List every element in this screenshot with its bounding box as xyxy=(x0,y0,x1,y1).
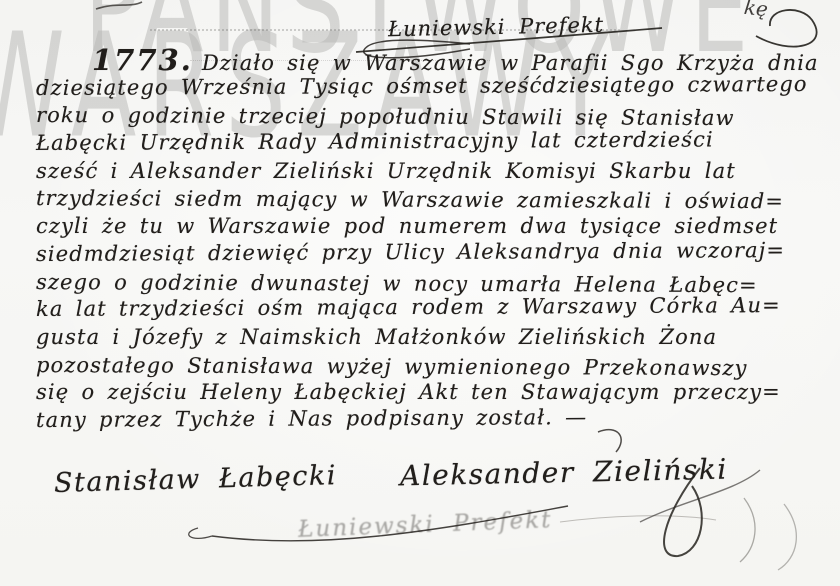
manuscript-line: sześć i Aleksander Zieliński Urzędnik Ko… xyxy=(36,158,826,186)
manuscript-line: trzydzieści siedm mający w Warszawie zam… xyxy=(36,185,826,216)
prefect-annotation: Łuniewski Prefekt xyxy=(388,13,605,42)
record-body: 1773.Działo się w Warszawie w Parafii Sg… xyxy=(36,47,826,435)
manuscript-scan-page: PAŃSTWOWE WARSZAWY Łuniewski Prefekt kę … xyxy=(0,0,840,586)
signature-stanislaw-labecki: Stanisław Łabęcki xyxy=(54,460,338,499)
manuscript-line: pozostałego Stanisława wyżej wymienioneg… xyxy=(36,352,826,383)
manuscript-line: gusta i Józefy z Naimskich Małżonków Zie… xyxy=(36,324,826,352)
manuscript-line: Łabęcki Urzędnik Rady Administracyjny la… xyxy=(36,126,826,158)
signature-aleksander-zielinski: Aleksander Zieliński xyxy=(400,453,728,493)
manuscript-line: ka lat trzydzieści ośm mająca rodem z Wa… xyxy=(36,292,826,324)
record-number: 1773. xyxy=(92,43,193,77)
prior-record-fragment: kę xyxy=(743,0,769,21)
manuscript-line: tany przez Tychże i Nas podpisany został… xyxy=(36,403,826,435)
signature-prefect-faded: Łuniewski Prefekt xyxy=(298,507,553,543)
manuscript-line: dziesiątego Września Tysiąc ośmset sześć… xyxy=(36,71,826,103)
manuscript-line: siedmdziesiąt dziewięć przy Ulicy Aleksa… xyxy=(36,237,826,269)
